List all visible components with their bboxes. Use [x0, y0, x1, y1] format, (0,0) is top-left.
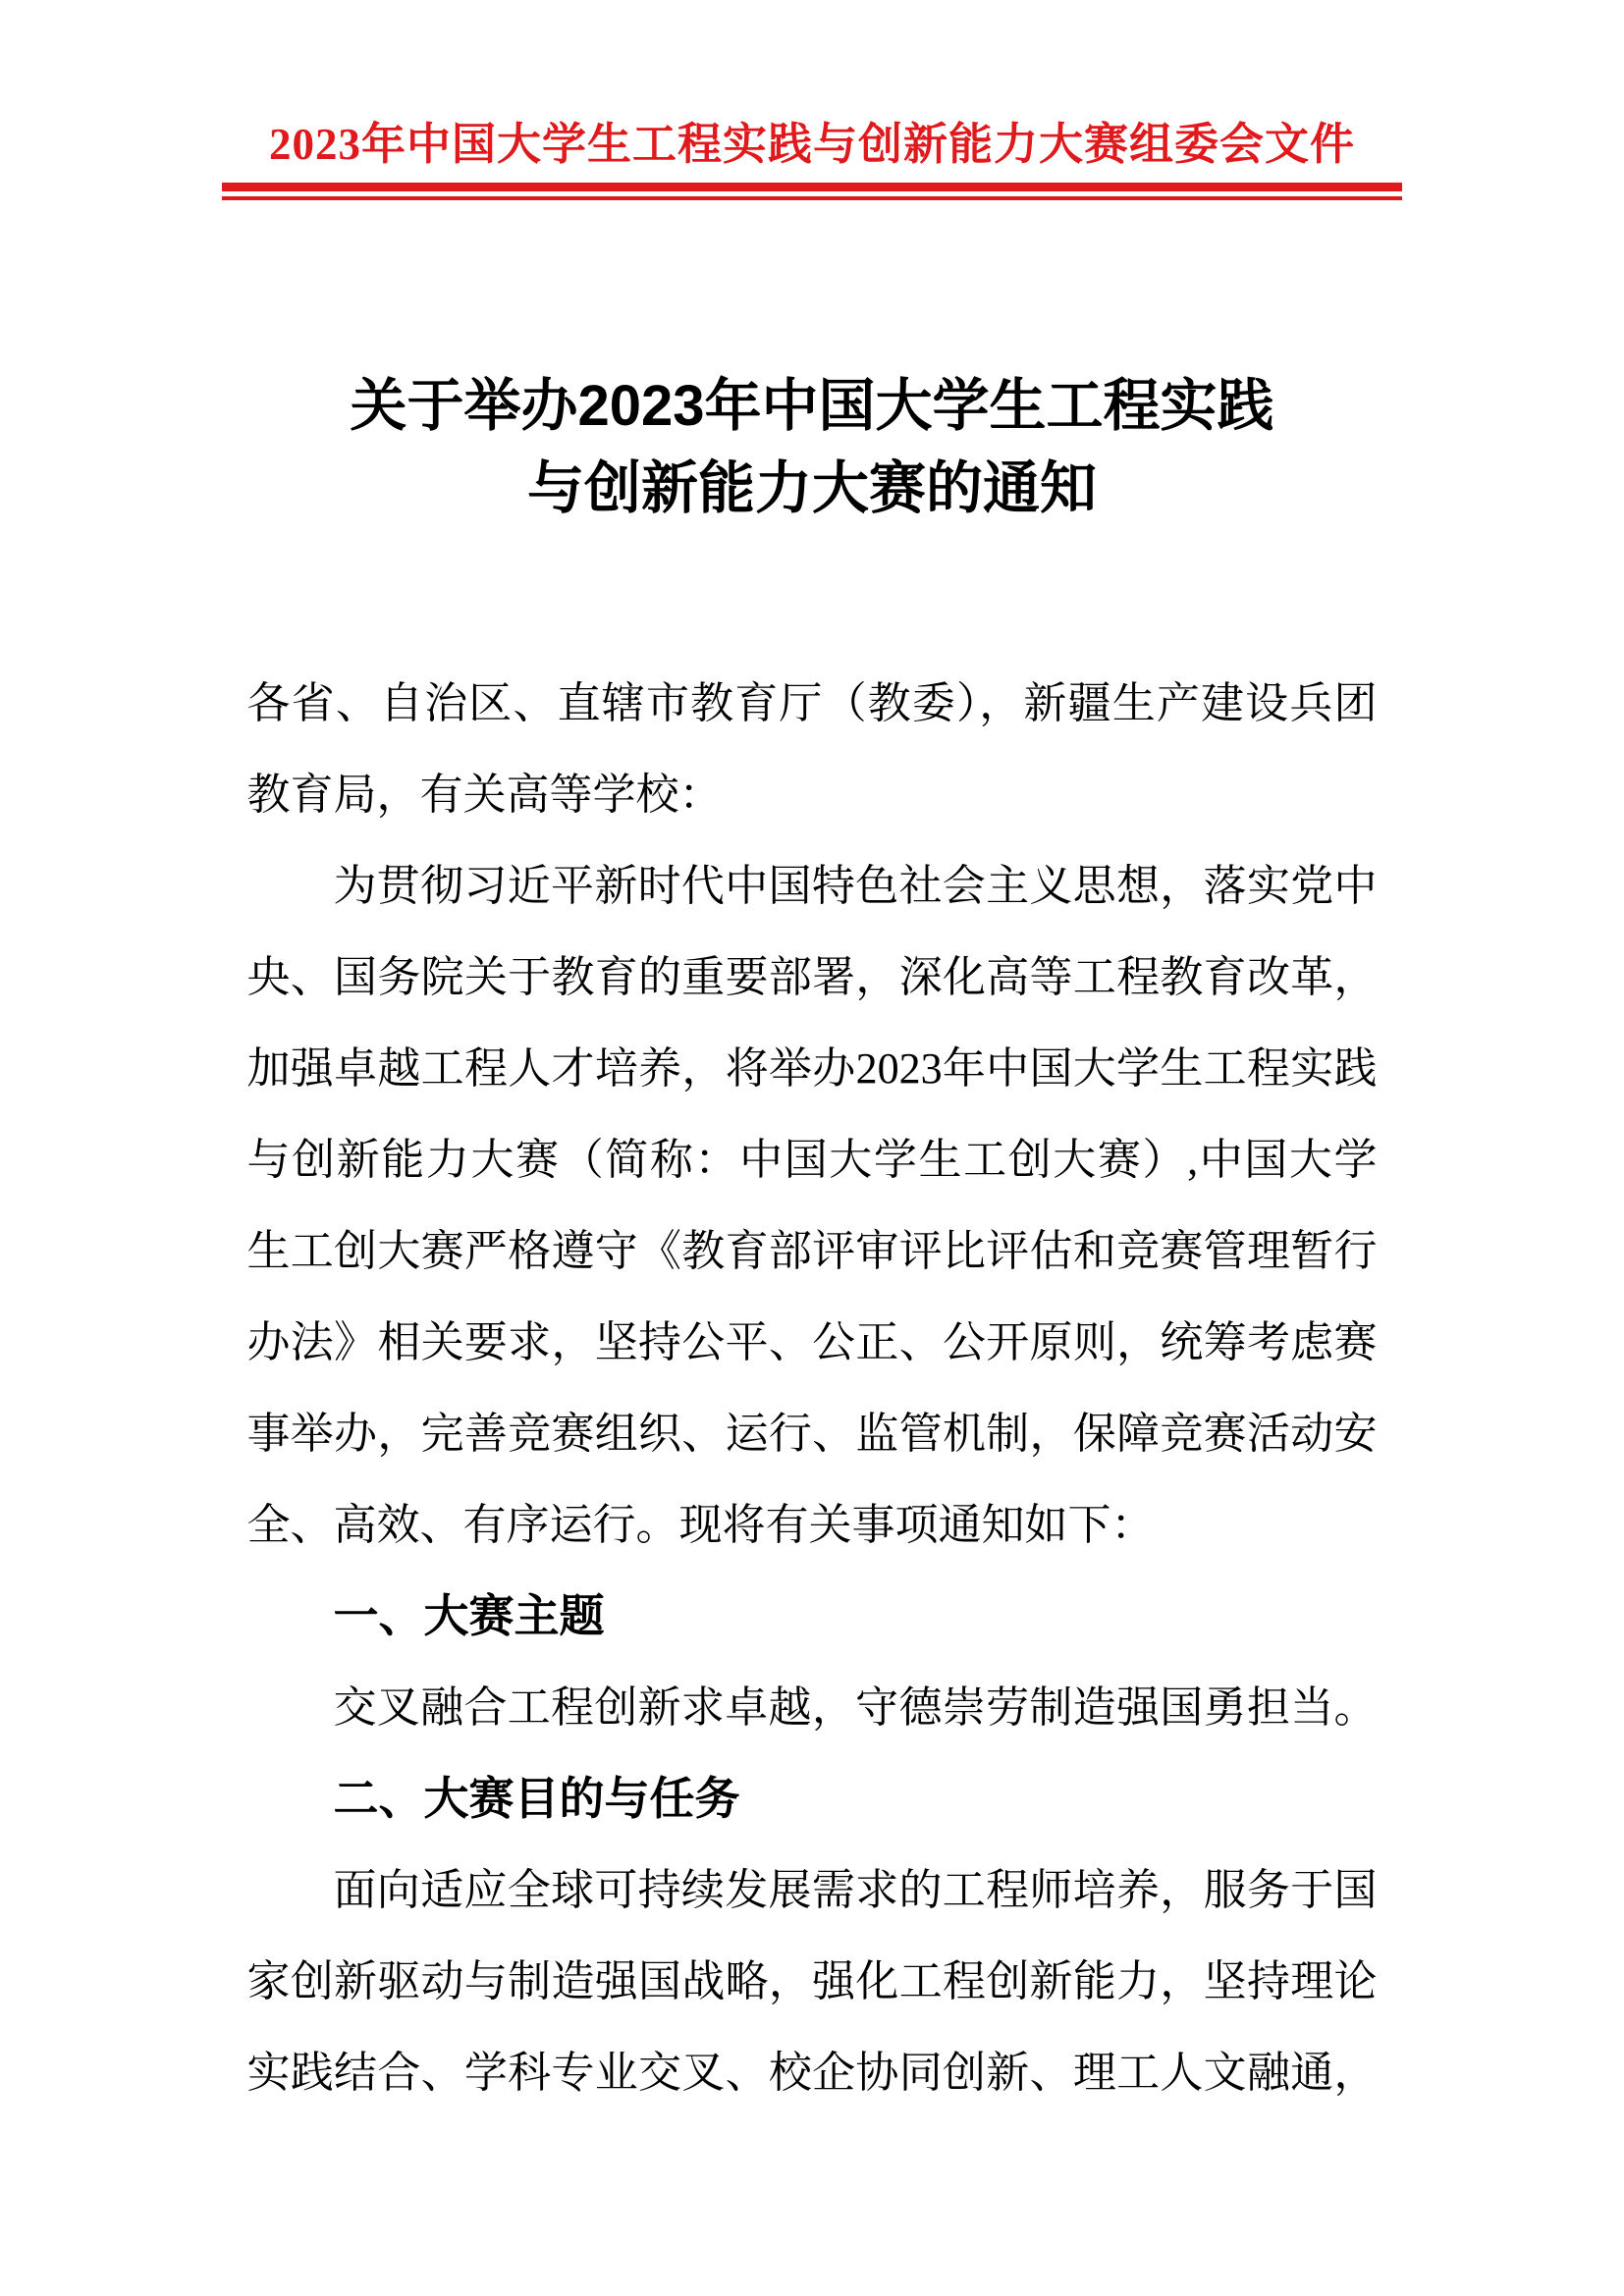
rule-thin-line	[222, 196, 1402, 200]
body-line-paragraph: 办法》相关要求，坚持公平、公正、公开原则，统筹考虑赛	[247, 1297, 1378, 1388]
document-body: 各省、自治区、直辖市教育厅（教委），新疆生产建设兵团 教育局，有关高等学校： 为…	[247, 658, 1378, 2118]
body-line-theme: 交叉融合工程创新求卓越，守德崇劳制造强国勇担当。	[247, 1662, 1378, 1753]
body-line-paragraph: 事举办，完善竞赛组织、运行、监管机制，保障竞赛活动安	[247, 1388, 1378, 1479]
body-line-paragraph: 实践结合、学科专业交叉、校企协同创新、理工人文融通，	[247, 2027, 1378, 2118]
body-line-paragraph: 与创新能力大赛（简称：中国大学生工创大赛）,中国大学	[247, 1114, 1378, 1205]
section-heading-2: 二、大赛目的与任务	[247, 1753, 1378, 1844]
rule-thick-line	[222, 183, 1402, 191]
body-line-paragraph: 央、国务院关于教育的重要部署，深化高等工程教育改革，	[247, 932, 1378, 1023]
section-heading-1: 一、大赛主题	[247, 1571, 1378, 1662]
red-letterhead-banner: 2023年中国大学生工程实践与创新能力大赛组委会文件	[0, 0, 1624, 173]
body-line-paragraph: 为贯彻习近平新时代中国特色社会主义思想，落实党中	[247, 840, 1378, 932]
body-line-paragraph: 全、高效、有序运行。现将有关事项通知如下：	[247, 1479, 1378, 1571]
body-line-paragraph: 加强卓越工程人才培养，将举办2023年中国大学生工程实践	[247, 1023, 1378, 1114]
body-line-paragraph: 家创新驱动与制造强国战略，强化工程创新能力，坚持理论	[247, 1936, 1378, 2027]
title-line-2: 与创新能力大赛的通知	[0, 448, 1624, 530]
body-line-salutation: 各省、自治区、直辖市教育厅（教委），新疆生产建设兵团	[247, 658, 1378, 749]
body-line-paragraph: 面向适应全球可持续发展需求的工程师培养，服务于国	[247, 1844, 1378, 1936]
body-line-salutation: 教育局，有关高等学校：	[247, 749, 1378, 840]
document-title: 关于举办2023年中国大学生工程实践 与创新能力大赛的通知	[0, 365, 1624, 530]
body-line-paragraph: 生工创大赛严格遵守《教育部评审评比评估和竞赛管理暂行	[247, 1205, 1378, 1297]
document-page: 2023年中国大学生工程实践与创新能力大赛组委会文件 关于举办2023年中国大学…	[0, 0, 1624, 2296]
letterhead-double-rule	[222, 183, 1402, 200]
title-line-1: 关于举办2023年中国大学生工程实践	[0, 365, 1624, 448]
